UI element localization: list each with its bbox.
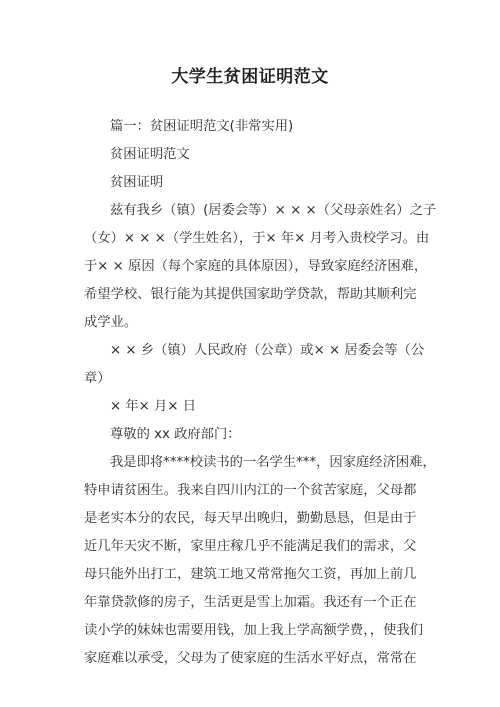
paragraph-line: 篇一：贫困证明范文(非常实用) (110, 117, 293, 137)
paragraph-line: 近几年天灾不断，家里庄稼几乎不能满足我们的需求，父 (84, 537, 416, 557)
paragraph-line: （女）× × ×（学生姓名），于× 年× 月考入贵校学习。由 (84, 229, 429, 249)
paragraph-line: 母只能外出打工，建筑工地又常常拖欠工资，再加上前几 (84, 565, 416, 585)
paragraph-line: 特申请贫困生。我来自四川内江的一个贫苦家庭，父母都 (84, 481, 416, 501)
paragraph-line: 贫困证明范文 (110, 145, 190, 165)
paragraph-line: 章） (84, 369, 111, 389)
paragraph-line: 贫困证明 (110, 173, 163, 193)
paragraph-line: 成学业。 (84, 313, 137, 333)
paragraph-line: 于× × 原因（每个家庭的具体原因），导致家庭经济困难， (84, 257, 427, 277)
paragraph-line: 兹有我乡（镇）(居委会等）× × ×（父母亲姓名）之子 (110, 201, 436, 221)
document-page: 大学生贫困证明范文 篇一：贫困证明范文(非常实用)贫困证明范文贫困证明兹有我乡（… (0, 0, 500, 707)
paragraph-line: 希望学校、银行能为其提供国家助学贷款，帮助其顺利完 (84, 285, 416, 305)
paragraph-line: 家庭难以承受，父母为了使家庭的生活水平好点，常常在 (84, 649, 416, 669)
paragraph-line: 读小学的妹妹也需要用钱，加上我上学高额学费，，使我们 (84, 621, 423, 641)
paragraph-line: × × 乡（镇）人民政府（公章）或× × 居委会等（公 (110, 341, 424, 361)
paragraph-line: 年靠贷款修的房子，生活更是雪上加霜。我还有一个正在 (84, 593, 416, 613)
paragraph-line: × 年× 月× 日 (110, 397, 196, 417)
paragraph-line: 尊敬的 xx 政府部门： (110, 425, 241, 445)
document-title: 大学生贫困证明范文 (0, 62, 500, 87)
paragraph-line: 我是即将****校读书的一名学生***，因家庭经济困难， (110, 453, 436, 473)
paragraph-line: 是老实本分的农民，每天早出晚归，勤勤恳恳，但是由于 (84, 509, 416, 529)
